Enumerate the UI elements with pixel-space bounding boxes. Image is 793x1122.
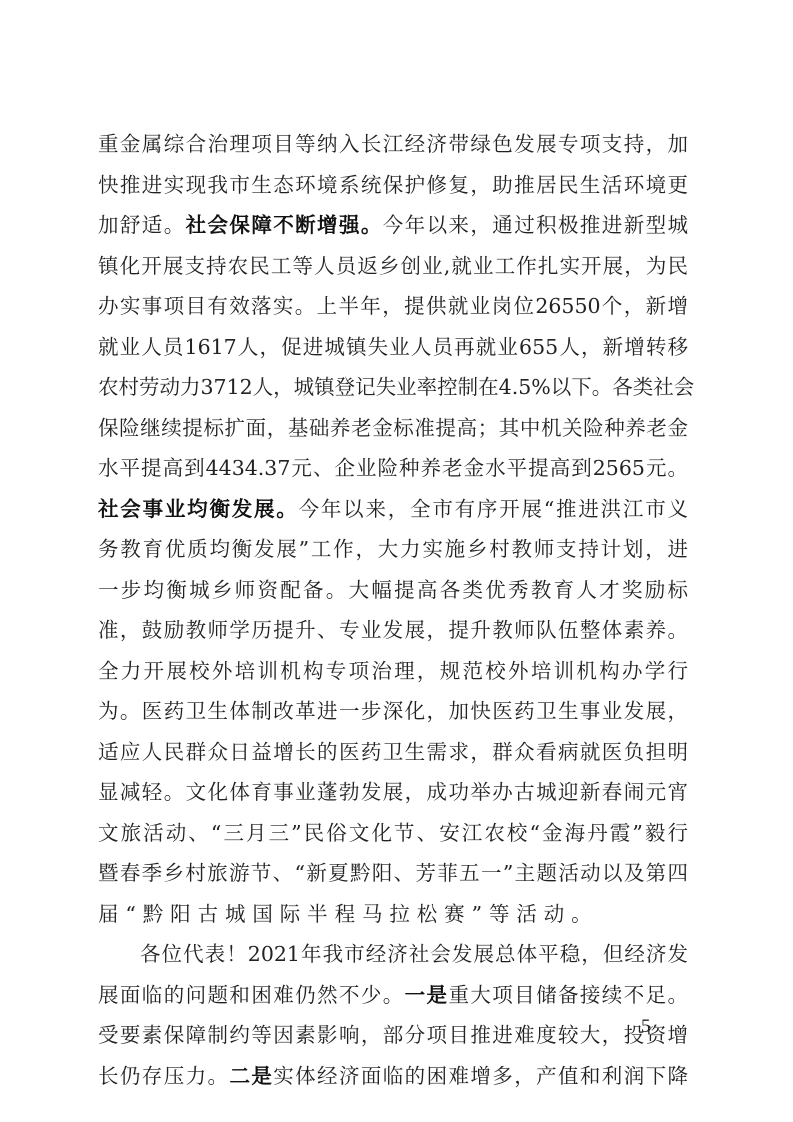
body-text: 重金属综合治理项目等纳入长江经济带绿色发展专项支持，加快推进实现我市生态环境系统…	[98, 124, 688, 1096]
paragraph-text: 准，鼓励教师学历提升、专业发展，提升教师队伍整体素养。	[98, 618, 688, 642]
text-line: 快推进实现我市生态环境系统保护修复，助推居民生活环境更	[98, 165, 688, 206]
paragraph-text: 受要素保障制约等因素影响，部分项目推进难度较大，投资增	[98, 1023, 688, 1047]
text-line: 全力开展校外培训机构专项治理，规范校外培训机构办学行	[98, 651, 688, 692]
paragraph-text: 暨春季乡村旅游节、“新夏黔阳、芳菲五一”主题活动以及第四	[98, 861, 688, 885]
text-line: 显减轻。文化体育事业蓬勃发展，成功举办古城迎新春闹元宵	[98, 772, 688, 813]
text-line: 镇化开展支持农民工等人员返乡创业,就业工作扎实开展，为民	[98, 246, 688, 287]
text-line: 为。医药卫生体制改革进一步深化，加快医药卫生事业发展，	[98, 691, 688, 732]
bold-heading-text: 一是	[405, 983, 449, 1007]
paragraph-text: 水平提高到4434.37元、企业险种养老金水平提高到2565元。	[98, 456, 688, 480]
page-number: 5	[641, 1016, 651, 1038]
paragraph-text: 重大项目储备接续不足。	[448, 983, 688, 1007]
paragraph-text: 适应人民群众日益增长的医药卫生需求，群众看病就医负担明	[98, 740, 688, 764]
paragraph-text: 长仍存压力。	[98, 1064, 229, 1088]
paragraph-text: 一步均衡城乡师资配备。大幅提高各类优秀教育人才奖励标	[98, 578, 688, 602]
paragraph-text: 届“黔阳古城国际半程马拉松赛”等活动。	[98, 902, 599, 926]
paragraph-text: 务教育优质均衡发展”工作，大力实施乡村教师支持计划，进	[98, 537, 688, 561]
paragraph-text: 农村劳动力3712人，城镇登记失业率控制在4.5%以下。各类社会	[98, 375, 694, 399]
text-line: 水平提高到4434.37元、企业险种养老金水平提高到2565元。	[98, 448, 688, 489]
text-line: 加舒适。社会保障不断增强。今年以来，通过积极推进新型城	[98, 205, 688, 246]
text-line: 暨春季乡村旅游节、“新夏黔阳、芳菲五一”主题活动以及第四	[98, 853, 688, 894]
paragraph-text: 文旅活动、“三月三”民俗文化节、安江农校“金海丹霞”毅行	[98, 821, 688, 845]
text-line: 适应人民群众日益增长的医药卫生需求，群众看病就医负担明	[98, 732, 688, 773]
text-line: 准，鼓励教师学历提升、专业发展，提升教师队伍整体素养。	[98, 610, 688, 651]
text-line: 长仍存压力。二是实体经济面临的困难增多，产值和利润下降	[98, 1056, 688, 1097]
paragraph-text: 为。医药卫生体制改革进一步深化，加快医药卫生事业发展，	[98, 699, 688, 723]
text-line: 一步均衡城乡师资配备。大幅提高各类优秀教育人才奖励标	[98, 570, 688, 611]
paragraph-text: 今年以来，通过积极推进新型城	[383, 213, 688, 237]
document-page: 重金属综合治理项目等纳入长江经济带绿色发展专项支持，加快推进实现我市生态环境系统…	[0, 0, 793, 1122]
paragraph-text: 各位代表！2021年我市经济社会发展总体平稳，但经济发	[140, 942, 688, 966]
text-line: 办实事项目有效落实。上半年，提供就业岗位26550个，新增	[98, 286, 688, 327]
paragraph-text: 加舒适。	[98, 213, 186, 237]
text-line: 文旅活动、“三月三”民俗文化节、安江农校“金海丹霞”毅行	[98, 813, 688, 854]
text-line: 农村劳动力3712人，城镇登记失业率控制在4.5%以下。各类社会	[98, 367, 688, 408]
text-line: 届“黔阳古城国际半程马拉松赛”等活动。	[98, 894, 688, 935]
bold-heading-text: 二是	[229, 1064, 273, 1088]
paragraph-text: 就业人员1617人，促进城镇失业人员再就业655人，新增转移	[98, 335, 688, 359]
paragraph-text: 保险继续提标扩面，基础养老金标准提高；其中机关险种养老金	[98, 416, 688, 440]
bold-heading-text: 社会保障不断增强。	[186, 213, 383, 237]
paragraph-text: 镇化开展支持农民工等人员返乡创业,就业工作扎实开展，为民	[98, 254, 688, 278]
paragraph-text: 展面临的问题和困难仍然不少。	[98, 983, 405, 1007]
text-line: 社会事业均衡发展。今年以来，全市有序开展“推进洪江市义	[98, 489, 688, 530]
paragraph-text: 实体经济面临的困难增多，产值和利润下降	[273, 1064, 688, 1088]
paragraph-text: 重金属综合治理项目等纳入长江经济带绿色发展专项支持，加	[98, 132, 688, 156]
paragraph-text: 办实事项目有效落实。上半年，提供就业岗位26550个，新增	[98, 294, 688, 318]
text-line: 受要素保障制约等因素影响，部分项目推进难度较大，投资增	[98, 1015, 688, 1056]
bold-heading-text: 社会事业均衡发展。	[98, 497, 299, 521]
text-line: 重金属综合治理项目等纳入长江经济带绿色发展专项支持，加	[98, 124, 688, 165]
text-line: 展面临的问题和困难仍然不少。一是重大项目储备接续不足。	[98, 975, 688, 1016]
paragraph-text: 全力开展校外培训机构专项治理，规范校外培训机构办学行	[98, 659, 688, 683]
text-line: 保险继续提标扩面，基础养老金标准提高；其中机关险种养老金	[98, 408, 688, 449]
paragraph-text: 显减轻。文化体育事业蓬勃发展，成功举办古城迎新春闹元宵	[98, 780, 688, 804]
text-line: 就业人员1617人，促进城镇失业人员再就业655人，新增转移	[98, 327, 688, 368]
text-line: 各位代表！2021年我市经济社会发展总体平稳，但经济发	[98, 934, 688, 975]
text-line: 务教育优质均衡发展”工作，大力实施乡村教师支持计划，进	[98, 529, 688, 570]
paragraph-text: 快推进实现我市生态环境系统保护修复，助推居民生活环境更	[98, 173, 688, 197]
paragraph-text: 今年以来，全市有序开展“推进洪江市义	[299, 497, 688, 521]
